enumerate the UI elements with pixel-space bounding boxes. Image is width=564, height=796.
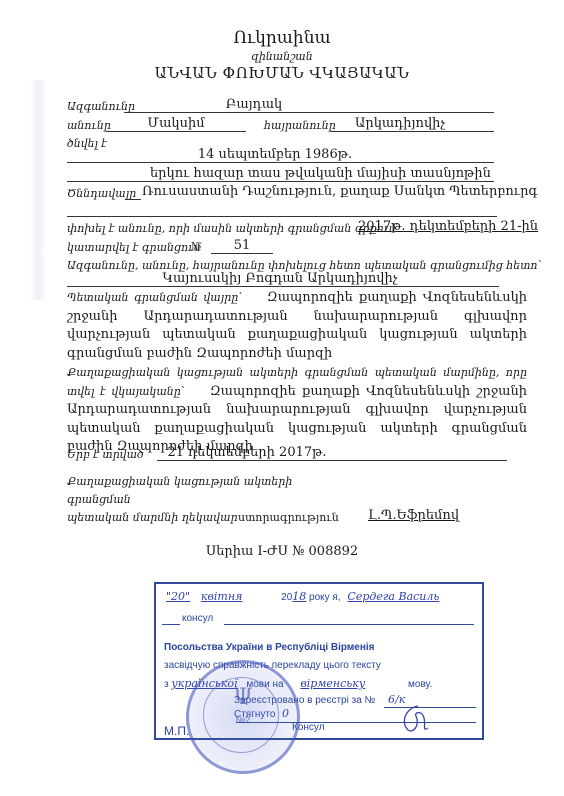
stamp-year-word: року я, [309,592,341,603]
embassy-seal: Ψ №2 [186,660,300,774]
signature-label: ստորագրություն [238,511,339,524]
birth-date-line [67,162,494,163]
surname-value: Բայդակ [124,97,384,112]
record-number-line [211,253,273,254]
signer-name: Լ.Պ.Եֆրեմով [368,508,459,523]
name-label: անունը [67,119,111,132]
patronymic-value: Արկադիյովիչ [345,116,455,131]
stamp-seal-mark: М.П. [164,724,189,738]
stamp-consul-label: консул [182,613,213,624]
scan-shadow [30,80,46,300]
birth-date-words-line [67,181,494,182]
birthplace-line-left [125,199,141,200]
coat-of-arms-label: զինանշան [0,50,564,63]
new-name-line [67,286,499,287]
consul-signature-icon [398,704,434,734]
stamp-consul-name: Сердега Василь [347,590,439,603]
stamp-embassy: Посольства України в Республіці Вірменія [164,642,374,653]
head-label-1: Քաղաքացիական կացության ակտերի [67,475,292,488]
registration-place-label: Պետական գրանցման վայրը՝ [67,291,242,304]
stamp-month: квітня [201,590,242,603]
patronymic-line [330,131,494,132]
record-number: 51 [211,238,273,253]
stamp-year-prefix: 20 [281,592,292,603]
issuing-body: Քաղաքացիական կացության ակտերի գրանցման պ… [67,364,527,457]
country-title: Ուկրաինա [0,28,564,48]
stamp-date-row: "20" квітня 2018 року я, Сердега Василь [166,590,439,603]
stamp-line [162,624,180,625]
document-title: ԱՆՎԱՆ ՓՈԽՄԱՆ ՎԿԱՅԱԿԱՆ [0,64,564,82]
name-value: Մակսիմ [106,116,246,131]
stamp-to-language: вірменську [300,677,365,690]
trident-icon: Ψ [189,685,297,710]
stamp-from-prefix: з [164,679,169,690]
record-label: կատարվել է գրանցում [67,241,201,254]
stamp-line [224,624,474,625]
series-number: Սերիա I-ԺՍ № 008892 [0,544,564,559]
stamp-day: "20" [166,590,190,603]
seal-number: №2 [189,715,297,725]
issue-date-label: Երբ է տրված [67,448,144,461]
name-line [106,131,246,132]
issue-date-line [157,460,507,461]
born-label: ծնվել է [67,137,107,150]
changed-label: փոխել է անունը, որի մասին ակտերի գրանցմա… [67,222,396,235]
issue-date-value: 21 դեկտեմբերի 2017թ. [157,445,337,460]
changed-date: 2017թ. դեկտեմբերի 21-ին [358,219,528,234]
birth-date-value: 14 սեպտեմբեր 1986թ. [140,147,410,162]
birthplace-value: Ռուսաստանի Դաշնություն, քաղաք Սանկտ Պետե… [142,184,472,199]
surname-line [124,112,494,113]
birth-date-words: երկու հազար տաս թվականի մայիսի տասնյոթին [150,166,460,181]
record-number-sign: № [191,240,201,253]
head-label-3: պետական մարմնի ղեկավար [67,511,238,524]
new-name-value: Կայուսսկիյ Բոգդան Արկադիյովիչ [120,271,440,286]
patronymic-label: հայրանունը [264,119,336,132]
stamp-to-suffix: мову. [408,679,432,690]
head-label-2: գրանցման [67,493,131,506]
registration-place: Պետական գրանցման վայրը՝ Զապորոզիե քաղաքի… [67,289,527,363]
blank-line [67,216,497,217]
stamp-year-suffix: 18 [292,590,306,603]
